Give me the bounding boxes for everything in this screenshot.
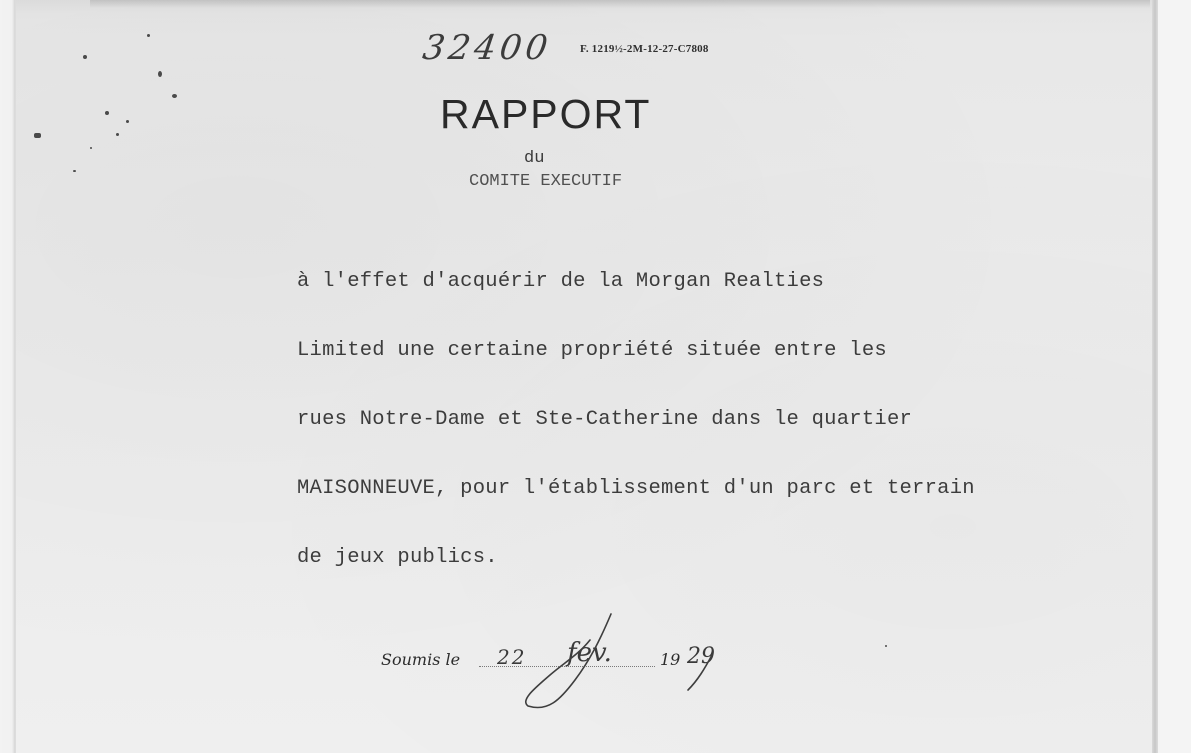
body-line: de jeux publics. bbox=[297, 546, 975, 569]
dust-speck bbox=[885, 645, 887, 647]
handwritten-reference-number: 32400 bbox=[420, 28, 554, 68]
dust-speck bbox=[126, 120, 129, 123]
scan-top-shadow bbox=[90, 0, 1150, 8]
subtitle-preposition: du bbox=[524, 149, 544, 168]
scan-right-margin bbox=[1158, 0, 1191, 753]
form-code: F. 1219½-2M-12-27-C7808 bbox=[580, 43, 709, 55]
body-line: Limited une certaine propriété située en… bbox=[297, 339, 975, 362]
handwritten-month: fev. bbox=[567, 638, 612, 668]
submitted-label: Soumis le bbox=[381, 650, 460, 669]
body-line: à l'effet d'acquérir de la Morgan Realti… bbox=[297, 270, 975, 293]
dust-speck bbox=[147, 34, 150, 37]
issuing-body: COMITE EXECUTIF bbox=[469, 172, 622, 191]
body-line: rues Notre-Dame et Ste-Catherine dans le… bbox=[297, 408, 975, 431]
dust-speck bbox=[73, 170, 76, 172]
scan-left-edge bbox=[0, 0, 16, 753]
dust-speck bbox=[90, 147, 92, 149]
dust-speck bbox=[34, 133, 41, 138]
dust-speck bbox=[83, 55, 87, 59]
report-body: à l'effet d'acquérir de la Morgan Realti… bbox=[297, 224, 975, 615]
printed-year-prefix: 19 bbox=[660, 650, 680, 669]
handwritten-year-suffix: 29 bbox=[687, 644, 715, 669]
dust-speck bbox=[116, 133, 119, 136]
scanned-document-page: 32400 F. 1219½-2M-12-27-C7808 RAPPORT du… bbox=[0, 0, 1191, 753]
document-title: RAPPORT bbox=[440, 91, 651, 138]
body-line: MAISONNEUVE, pour l'établissement d'un p… bbox=[297, 477, 975, 500]
dust-speck bbox=[158, 71, 162, 77]
handwritten-day: 22 bbox=[497, 645, 526, 669]
dust-speck bbox=[172, 94, 177, 98]
dust-speck bbox=[105, 111, 109, 115]
